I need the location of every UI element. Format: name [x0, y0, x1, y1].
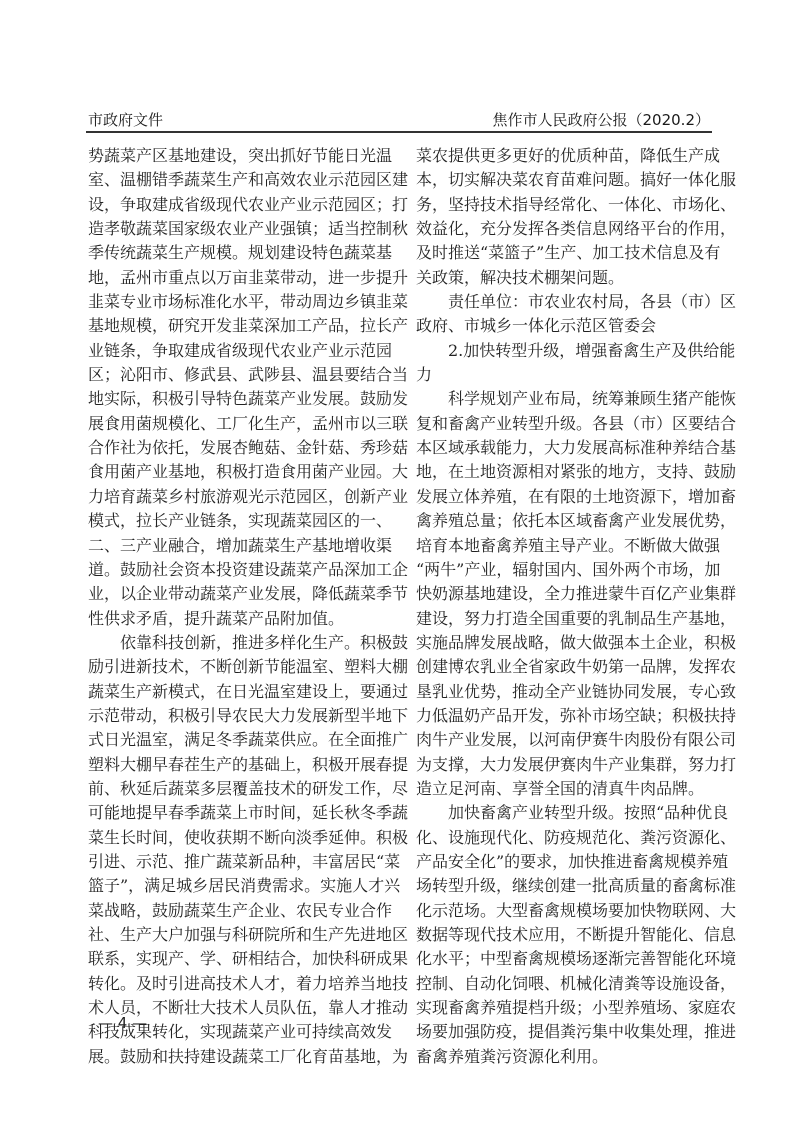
text-line: 产品安全化”的要求，加快推进畜禽规模养殖 — [416, 849, 706, 873]
text-line: 效益化，充分发挥各类信息网络平台的作用， — [416, 216, 706, 240]
text-line: 政府、市城乡一体化示范区管委会 — [416, 313, 706, 337]
text-line: 室、温棚错季蔬菜生产和高效农业示范园区建 — [88, 167, 378, 191]
right-column: 菜农提供更多更好的优质种苗，降低生产成本，切实解决菜农育苗难问题。搞好一体化服务… — [416, 143, 706, 1068]
text-line: 化水平；中型畜禽规模场逐渐完善智能化环境 — [416, 946, 706, 970]
header-rule — [86, 131, 712, 133]
header-section-label: 市政府文件 — [88, 109, 163, 130]
text-line: 责任单位：市农业农村局，各县（市）区 — [416, 289, 706, 313]
text-line: “两牛”产业，辐射国内、国外两个市场，加 — [416, 557, 706, 581]
text-line: 示范带动，积极引导农民大力发展新型半地下 — [88, 703, 378, 727]
text-line: 关政策，解决技术棚架问题。 — [416, 265, 706, 289]
text-line: 业，以企业带动蔬菜产业发展，降低蔬菜季节 — [88, 581, 378, 605]
page-number: — 4 — — [98, 1014, 147, 1032]
text-line: 建设，努力打造全国重要的乳制品生产基地， — [416, 606, 706, 630]
text-line: 地，在土地资源相对紧张的地方，支持、鼓励 — [416, 459, 706, 483]
text-line: 展。鼓励和扶持建设蔬菜工厂化育苗基地，为 — [88, 1044, 378, 1068]
text-line: 塑料大棚早春茬生产的基础上，积极开展春提 — [88, 752, 378, 776]
text-line: 本区域承载能力，大力发展高标准种养结合基 — [416, 435, 706, 459]
text-line: 实施品牌发展战略，做大做强本土企业，积极 — [416, 630, 706, 654]
text-line: 励引进新技术，不断创新节能温室、塑料大棚 — [88, 654, 378, 678]
text-line: 转化。及时引进高技术人才，着力培养当地技 — [88, 971, 378, 995]
text-line: 依靠科技创新，推进多样化生产。积极鼓 — [88, 630, 378, 654]
text-line: 业链条，争取建成省级现代农业产业示范园 — [88, 338, 378, 362]
text-line: 性供求矛盾，提升蔬菜产品附加值。 — [88, 606, 378, 630]
text-line: 实现畜禽养殖提档升级；小型养殖场、家庭农 — [416, 995, 706, 1019]
left-column: 势蔬菜产区基地建设，突出抓好节能日光温室、温棚错季蔬菜生产和高效农业示范园区建设… — [88, 143, 378, 1068]
text-line: 复和畜禽产业转型升级。各县（市）区要结合 — [416, 411, 706, 435]
text-line: 地实际，积极引导特色蔬菜产业发展。鼓励发 — [88, 386, 378, 410]
text-line: 肉牛产业发展，以河南伊赛牛肉股份有限公司 — [416, 727, 706, 751]
text-line: 数据等现代技术应用，不断提升智能化、信息 — [416, 922, 706, 946]
text-line: 及时推送“菜篮子”生产、加工技术信息及有 — [416, 240, 706, 264]
running-header: 市政府文件 焦作市人民政府公报（2020.2） — [86, 107, 712, 131]
text-line: 食用菌产业基地，积极打造食用菌产业园。大 — [88, 459, 378, 483]
text-line: 化示范场。大型畜禽规模场要加快物联网、大 — [416, 898, 706, 922]
text-line: 场要加强防疫，提倡粪污集中收集处理，推进 — [416, 1019, 706, 1043]
text-line: 设，争取建成省级现代农业产业示范园区；打 — [88, 192, 378, 216]
text-line: 道。鼓励社会资本投资建设蔬菜产品深加工企 — [88, 557, 378, 581]
text-line: 培育本地畜禽养殖主导产业。不断做大做强 — [416, 533, 706, 557]
text-line: 控制、自动化饲喂、机械化清粪等设施设备， — [416, 971, 706, 995]
text-line: 季传统蔬菜生产规模。规划建设特色蔬菜基 — [88, 240, 378, 264]
text-line: 加快畜禽产业转型升级。按照“品种优良 — [416, 800, 706, 824]
text-line: 力低温奶产品开发，弥补市场空缺；积极扶持 — [416, 703, 706, 727]
text-line: 二、三产业融合，增加蔬菜生产基地增收渠 — [88, 533, 378, 557]
text-line: 垦乳业优势，推动全产业链协同发展，专心致 — [416, 679, 706, 703]
text-line: 菜战略，鼓励蔬菜生产企业、农民专业合作 — [88, 898, 378, 922]
text-line: 造孝敬蔬菜国家级农业产业强镇；适当控制秋 — [88, 216, 378, 240]
text-line: 合作社为依托，发展杏鲍菇、金针菇、秀珍菇 — [88, 435, 378, 459]
text-line: 展食用菌规模化、工厂化生产，孟州市以三联 — [88, 411, 378, 435]
text-line: 模式，拉长产业链条，实现蔬菜园区的一、 — [88, 508, 378, 532]
text-line: 菜农提供更多更好的优质种苗，降低生产成 — [416, 143, 706, 167]
text-line: 社、生产大户加强与科研院所和生产先进地区 — [88, 922, 378, 946]
header-publication-title: 焦作市人民政府公报（2020.2） — [493, 109, 711, 130]
text-line: 蔬菜生产新模式，在日光温室建设上，要通过 — [88, 679, 378, 703]
text-line: 篮子”，满足城乡居民消费需求。实施人才兴 — [88, 873, 378, 897]
text-line: 2.加快转型升级，增强畜禽生产及供给能 — [416, 338, 706, 362]
text-line: 科学规划产业布局，统筹兼顾生猪产能恢 — [416, 386, 706, 410]
text-line: 化、设施现代化、防疫规范化、粪污资源化、 — [416, 825, 706, 849]
text-line: 区；沁阳市、修武县、武陟县、温县要结合当 — [88, 362, 378, 386]
text-line: 基地规模，研究开发韭菜深加工产品，拉长产 — [88, 313, 378, 337]
text-line: 可能地提早春季蔬菜上市时间，延长秋冬季蔬 — [88, 800, 378, 824]
text-line: 联系，实现产、学、研相结合，加快科研成果 — [88, 946, 378, 970]
text-line: 本，切实解决菜农育苗难问题。搞好一体化服 — [416, 167, 706, 191]
text-line: 场转型升级，继续创建一批高质量的畜禽标准 — [416, 873, 706, 897]
text-line: 发展立体养殖，在有限的土地资源下，增加畜 — [416, 484, 706, 508]
text-line: 前、秋延后蔬菜多层覆盖技术的研发工作，尽 — [88, 776, 378, 800]
text-line: 地，孟州市重点以万亩韭菜带动，进一步提升 — [88, 265, 378, 289]
text-line: 为支撑，大力发展伊赛肉牛产业集群，努力打 — [416, 752, 706, 776]
text-line: 式日光温室，满足冬季蔬菜供应。在全面推广 — [88, 727, 378, 751]
text-line: 韭菜专业市场标准化水平，带动周边乡镇韭菜 — [88, 289, 378, 313]
text-line: 畜禽养殖粪污资源化利用。 — [416, 1044, 706, 1068]
text-line: 力培育蔬菜乡村旅游观光示范园区，创新产业 — [88, 484, 378, 508]
text-line: 力 — [416, 362, 706, 386]
text-line: 造立足河南、享誉全国的清真牛肉品牌。 — [416, 776, 706, 800]
text-line: 务，坚持技术指导经常化、一体化、市场化、 — [416, 192, 706, 216]
text-line: 创建博农乳业全省家政牛奶第一品牌，发挥农 — [416, 654, 706, 678]
text-line: 引进、示范、推广蔬菜新品种，丰富居民“菜 — [88, 849, 378, 873]
text-line: 菜生长时间，使收获期不断向淡季延伸。积极 — [88, 825, 378, 849]
text-line: 禽养殖总量；依托本区域畜禽产业发展优势， — [416, 508, 706, 532]
text-line: 势蔬菜产区基地建设，突出抓好节能日光温 — [88, 143, 378, 167]
text-line: 快奶源基地建设，全力推进蒙牛百亿产业集群 — [416, 581, 706, 605]
